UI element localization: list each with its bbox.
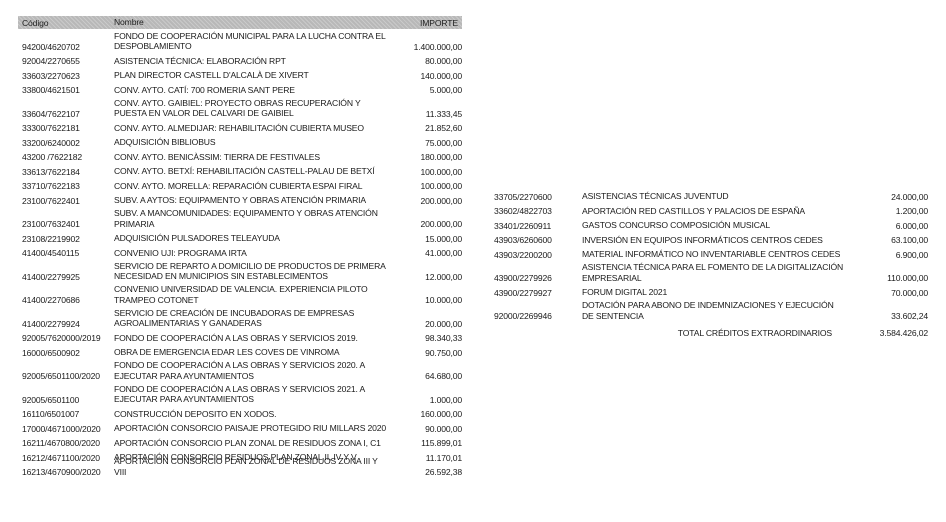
row-code: 33602/4822703 [490,206,582,217]
table-row: 33604/7622107CONV. AYTO. GAIBIEL: PROYEC… [18,96,462,120]
total-row: TOTAL CRÉDITOS EXTRAORDINARIOS 3.584.426… [490,322,928,338]
row-code: 33800/4621501 [18,85,114,96]
row-code: 43900/2279926 [490,273,582,284]
row-amount: 75.000,00 [392,138,462,149]
table-row: 92005/7620000/2019FONDO DE COOPERACIÓN A… [18,330,462,345]
row-name: APORTACIÓN CONSORCIO PLAN ZONAL DE RESID… [114,456,392,478]
row-name: DOTACIÓN PARA ABONO DE INDEMNIZACIONES Y… [582,300,854,322]
row-amount: 80.000,00 [392,56,462,67]
table-row: 41400/2270686CONVENIO UNIVERSIDAD DE VAL… [18,283,462,307]
row-amount: 1.200,00 [854,206,928,217]
row-code: 33401/2260911 [490,221,582,232]
table-row: 33705/2270600ASISTENCIAS TÉCNICAS JUVENT… [490,188,928,203]
row-name: INVERSIÓN EN EQUIPOS INFORMÁTICOS CENTRO… [582,235,854,247]
table-row: 16000/6500902OBRA DE EMERGENCIA EDAR LES… [18,344,462,359]
row-code: 94200/4620702 [18,42,114,53]
row-amount: 180.000,00 [392,152,462,163]
row-amount: 64.680,00 [392,371,462,382]
row-name: APORTACIÓN CONSORCIO PAISAJE PROTEGIDO R… [114,423,392,435]
header-name: Nombre [114,17,388,29]
row-name: SERVICIO DE CREACIÓN DE INCUBADORAS DE E… [114,308,392,330]
row-code: 41400/2279924 [18,319,114,330]
row-amount: 24.000,00 [854,192,928,203]
row-code: 23100/7632401 [18,219,114,230]
row-name: FONDO DE COOPERACIÓN A LAS OBRAS Y SERVI… [114,384,392,406]
table-row: 43903/2200200MATERIAL INFORMÁTICO NO INV… [490,246,928,261]
table-row: 41400/4540115CONVENIO UJI: PROGRAMA IRTA… [18,245,462,260]
row-code: 33705/2270600 [490,192,582,203]
row-name: SUBV. A MANCOMUNIDADES: EQUIPAMENTO Y OB… [114,208,392,230]
row-name: CONV. AYTO. MORELLA: REPARACIÓN CUBIERTA… [114,181,392,193]
table-row: 43900/2279927FORUM DIGITAL 202170.000,00 [490,284,928,299]
row-code: 41400/2270686 [18,295,114,306]
row-amount: 100.000,00 [392,181,462,192]
row-amount: 10.000,00 [392,295,462,306]
row-amount: 33.602,24 [854,311,928,322]
row-amount: 90.750,00 [392,348,462,359]
row-name: MATERIAL INFORMÁTICO NO INVENTARIABLE CE… [582,249,854,261]
total-label: TOTAL CRÉDITOS EXTRAORDINARIOS [678,328,832,338]
table-row: 23100/7632401SUBV. A MANCOMUNIDADES: EQU… [18,207,462,231]
row-name: APORTACIÓN RED CASTILLOS Y PALACIOS DE E… [582,206,854,218]
row-amount: 6.000,00 [854,221,928,232]
row-name: CONV. AYTO. GAIBIEL: PROYECTO OBRAS RECU… [114,98,392,120]
table-row: 16211/4670800/2020APORTACIÓN CONSORCIO P… [18,435,462,450]
table-body-right: 33705/2270600ASISTENCIAS TÉCNICAS JUVENT… [490,188,928,322]
row-code: 92005/6501100/2020 [18,371,114,382]
row-name: FORUM DIGITAL 2021 [582,287,854,299]
row-code: 23108/2219902 [18,234,114,245]
row-name: CONV. AYTO. BETXÍ: REHABILITACIÓN CASTEL… [114,166,392,178]
row-amount: 110.000,00 [854,273,928,284]
row-name: CONV. AYTO. CATÍ: 700 ROMERIA SANT PERE [114,85,392,97]
row-amount: 11.170,01 [392,453,462,464]
row-amount: 90.000,00 [392,424,462,435]
row-amount: 21.852,60 [392,123,462,134]
row-code: 23100/7622401 [18,196,114,207]
row-code: 43900/2279927 [490,288,582,299]
row-name: PLAN DIRECTOR CASTELL D'ALCALÀ DE XIVERT [114,70,392,82]
row-code: 41400/4540115 [18,248,114,259]
row-code: 33300/7622181 [18,123,114,134]
table-row: 16110/6501007CONSTRUCCIÓN DEPOSITO EN XO… [18,406,462,421]
row-code: 16110/6501007 [18,409,114,420]
table-row: 43200 /7622182CONV. AYTO. BENICÀSSIM: TI… [18,149,462,164]
row-name: ADQUISICIÓN PULSADORES TELEAYUDA [114,233,392,245]
row-name: ASISTENCIAS TÉCNICAS JUVENTUD [582,191,854,203]
row-code: 92005/6501100 [18,395,114,406]
row-name: CONV. AYTO. ALMEDIJAR: REHABILITACIÓN CU… [114,123,392,135]
row-name: ADQUISICIÓN BIBLIOBUS [114,137,392,149]
row-name: GASTOS CONCURSO COMPOSICIÓN MUSICAL [582,220,854,232]
header-code: Código [18,18,114,28]
row-code: 33200/6240002 [18,138,114,149]
row-name: FONDO DE COOPERACIÓN A LAS OBRAS Y SERVI… [114,360,392,382]
row-code: 43903/2200200 [490,250,582,261]
row-amount: 200.000,00 [392,196,462,207]
table-row: 94200/4620702FONDO DE COOPERACIÓN MUNICI… [18,29,462,53]
row-code: 92005/7620000/2019 [18,333,114,344]
row-amount: 200.000,00 [392,219,462,230]
row-code: 33710/7622183 [18,181,114,192]
row-amount: 41.000,00 [392,248,462,259]
row-name: ASISTENCIA TÉCNICA PARA EL FOMENTO DE LA… [582,262,854,284]
row-amount: 15.000,00 [392,234,462,245]
row-name: CONV. AYTO. BENICÀSSIM: TIERRA DE FESTIV… [114,152,392,164]
table-row: 92000/2269946DOTACIÓN PARA ABONO DE INDE… [490,299,928,323]
row-amount: 20.000,00 [392,319,462,330]
table-body-left: 94200/4620702FONDO DE COOPERACIÓN MUNICI… [18,29,462,478]
table-row: 43903/6260600INVERSIÓN EN EQUIPOS INFORM… [490,232,928,247]
row-amount: 160.000,00 [392,409,462,420]
row-amount: 140.000,00 [392,71,462,82]
table-row: 33800/4621501CONV. AYTO. CATÍ: 700 ROMER… [18,82,462,97]
row-amount: 6.900,00 [854,250,928,261]
row-code: 16212/4671100/2020 [18,453,114,464]
row-name: CONSTRUCCIÓN DEPOSITO EN XODOS. [114,409,392,421]
row-amount: 1.000,00 [392,395,462,406]
row-code: 33604/7622107 [18,109,114,120]
row-name: FONDO DE COOPERACIÓN A LAS OBRAS Y SERVI… [114,333,392,345]
total-amount: 3.584.426,02 [854,328,928,338]
row-code: 16211/4670800/2020 [18,438,114,449]
row-name: CONVENIO UNIVERSIDAD DE VALENCIA. EXPERI… [114,284,392,306]
row-amount: 98.340,33 [392,333,462,344]
table-row: 33200/6240002ADQUISICIÓN BIBLIOBUS75.000… [18,134,462,149]
credits-table-left: Código Nombre IMPORTE 94200/4620702FONDO… [18,16,462,478]
row-code: 41400/2279925 [18,272,114,283]
row-code: 33613/7622184 [18,167,114,178]
row-name: SUBV. A AYTOS: EQUIPAMENTO Y OBRAS ATENC… [114,195,392,207]
table-row: 23100/7622401SUBV. A AYTOS: EQUIPAMENTO … [18,192,462,207]
table-row: 16213/4670900/2020APORTACIÓN CONSORCIO P… [18,464,462,479]
row-amount: 1.400.000,00 [392,42,462,53]
row-code: 33603/2270623 [18,71,114,82]
header-amount: IMPORTE [388,18,462,28]
table-row: 33613/7622184CONV. AYTO. BETXÍ: REHABILI… [18,163,462,178]
row-amount: 26.592,38 [392,467,462,478]
row-name: SERVICIO DE REPARTO A DOMICILIO DE PRODU… [114,261,392,283]
table-row: 33710/7622183CONV. AYTO. MORELLA: REPARA… [18,178,462,193]
table-row: 33300/7622181CONV. AYTO. ALMEDIJAR: REHA… [18,120,462,135]
row-amount: 11.333,45 [392,109,462,120]
row-amount: 100.000,00 [392,167,462,178]
row-code: 92004/2270655 [18,56,114,67]
table-row: 17000/4671000/2020APORTACIÓN CONSORCIO P… [18,420,462,435]
table-row: 92004/2270655ASISTENCIA TÉCNICA: ELABORA… [18,53,462,68]
table-row: 33401/2260911GASTOS CONCURSO COMPOSICIÓN… [490,217,928,232]
row-code: 17000/4671000/2020 [18,424,114,435]
row-name: FONDO DE COOPERACIÓN MUNICIPAL PARA LA L… [114,31,392,53]
row-amount: 63.100,00 [854,235,928,246]
row-code: 43200 /7622182 [18,152,114,163]
table-row: 92005/6501100FONDO DE COOPERACIÓN A LAS … [18,382,462,406]
row-name: CONVENIO UJI: PROGRAMA IRTA [114,248,392,260]
table-row: 33602/4822703APORTACIÓN RED CASTILLOS Y … [490,203,928,218]
row-name: OBRA DE EMERGENCIA EDAR LES COVES DE VIN… [114,347,392,359]
table-row: 41400/2279925SERVICIO DE REPARTO A DOMIC… [18,259,462,283]
row-name: APORTACIÓN CONSORCIO PLAN ZONAL DE RESID… [114,438,392,450]
row-code: 43903/6260600 [490,235,582,246]
table-row: 41400/2279924SERVICIO DE CREACIÓN DE INC… [18,306,462,330]
table-row: 43900/2279926ASISTENCIA TÉCNICA PARA EL … [490,261,928,285]
table-row: 92005/6501100/2020FONDO DE COOPERACIÓN A… [18,359,462,383]
row-name: ASISTENCIA TÉCNICA: ELABORACIÓN RPT [114,56,392,68]
row-amount: 12.000,00 [392,272,462,283]
credits-table-right: 33705/2270600ASISTENCIAS TÉCNICAS JUVENT… [490,188,928,338]
table-row: 33603/2270623PLAN DIRECTOR CASTELL D'ALC… [18,67,462,82]
row-code: 16000/6500902 [18,348,114,359]
table-header: Código Nombre IMPORTE [18,16,462,29]
row-amount: 5.000,00 [392,85,462,96]
row-code: 16213/4670900/2020 [18,467,114,478]
row-amount: 115.899,01 [392,438,462,449]
table-row: 23108/2219902ADQUISICIÓN PULSADORES TELE… [18,230,462,245]
row-code: 92000/2269946 [490,311,582,322]
row-amount: 70.000,00 [854,288,928,299]
